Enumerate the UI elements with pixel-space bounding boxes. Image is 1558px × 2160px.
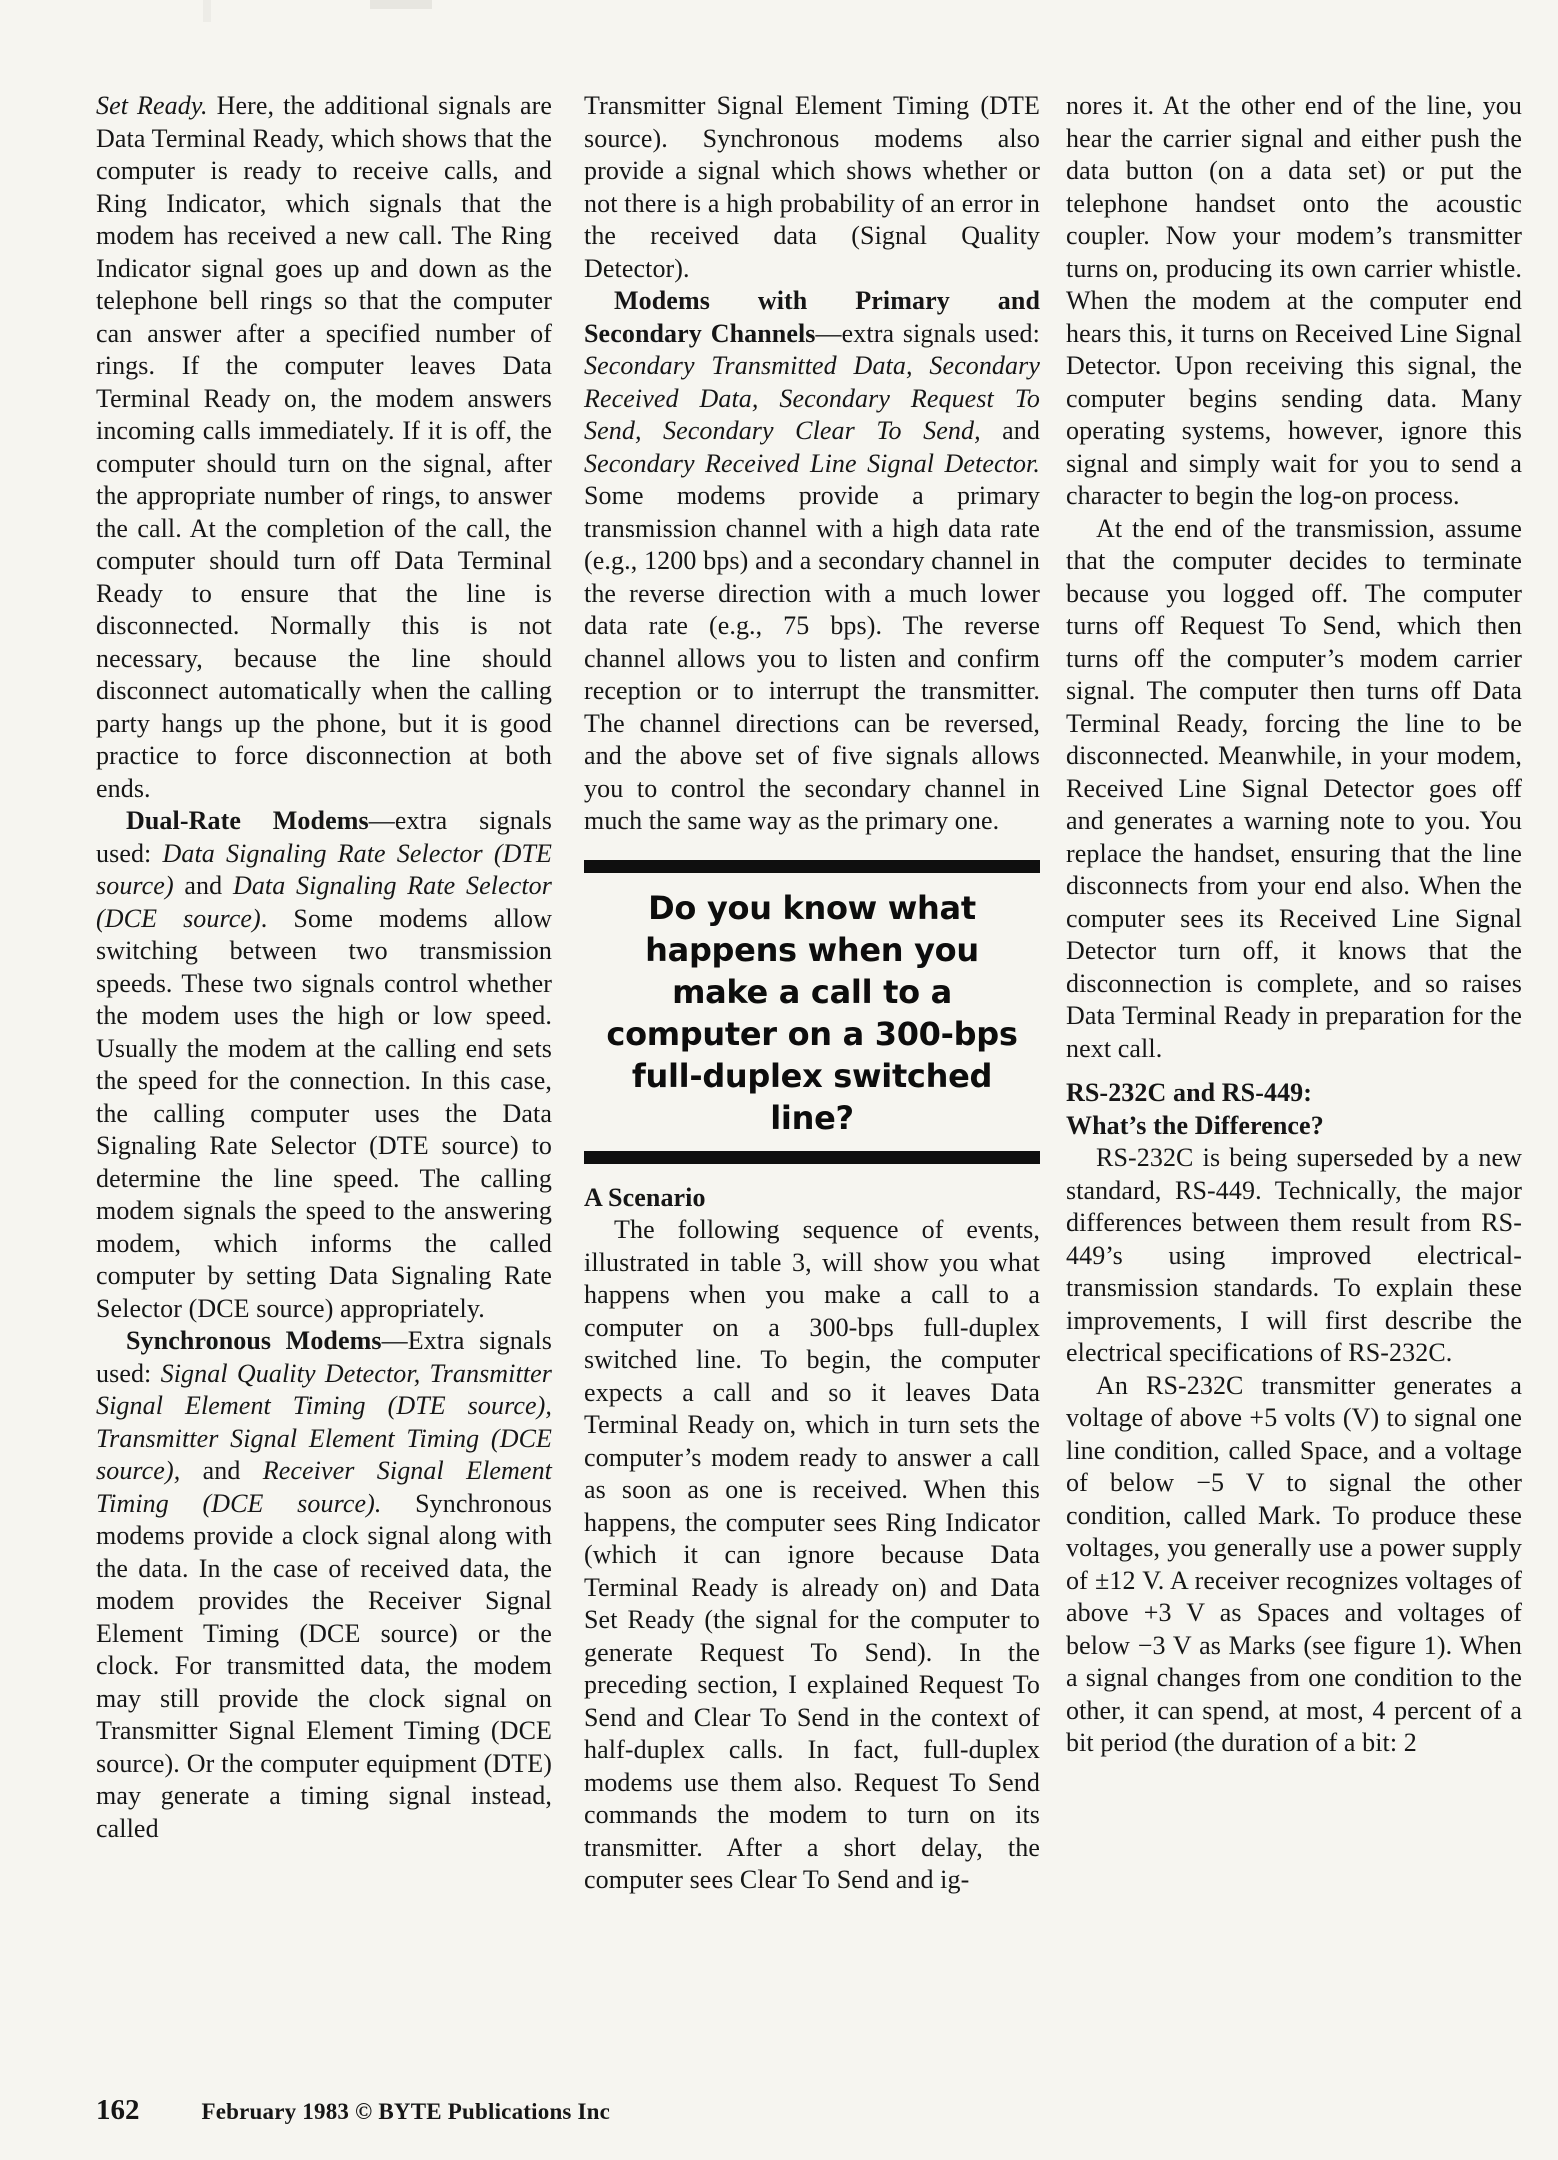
body-paragraph: RS-232C is being superseded by a new sta… bbox=[1066, 1142, 1522, 1370]
body-paragraph: nores it. At the other end of the line, … bbox=[1066, 90, 1522, 513]
body-paragraph: Set Ready. Here, the additional signals … bbox=[96, 90, 552, 805]
bold-run-in-heading: Synchronous Modems bbox=[126, 1326, 382, 1355]
pull-quote-bottom-rule bbox=[584, 1151, 1040, 1164]
text-run: Some modems provide a primary transmissi… bbox=[584, 481, 1040, 835]
section-heading-line: RS-232C and RS-449: bbox=[1066, 1077, 1522, 1110]
text-run: and bbox=[203, 1456, 263, 1485]
body-paragraph: An RS-232C transmitter generates a volta… bbox=[1066, 1370, 1522, 1760]
pull-quote-text: Do you know whathappens when youmake a c… bbox=[584, 873, 1040, 1151]
pull-quote-line: Do you know what bbox=[586, 887, 1038, 929]
pull-quote-line: happens when you bbox=[586, 929, 1038, 971]
section-heading: A Scenario bbox=[584, 1182, 1040, 1215]
pull-quote-line: line? bbox=[586, 1097, 1038, 1139]
text-run: —extra signals used: bbox=[816, 319, 1040, 348]
magazine-page: Set Ready. Here, the additional signals … bbox=[0, 0, 1558, 2160]
text-column-right: nores it. At the other end of the line, … bbox=[1066, 90, 1522, 1760]
page-footer: 162 February 1983 © BYTE Publications In… bbox=[96, 2094, 610, 2127]
text-run: and bbox=[174, 871, 233, 900]
body-paragraph: Synchronous Modems—Extra signals used: S… bbox=[96, 1325, 552, 1845]
italic-text-run: Secondary Transmitted Data, Secondary Re… bbox=[584, 351, 1040, 445]
text-run: . Some modems allow switching between tw… bbox=[96, 904, 552, 1323]
pull-quote-line: full-duplex switched bbox=[586, 1055, 1038, 1097]
text-run: Transmitter Signal Element Timing (DTE s… bbox=[584, 91, 1040, 283]
pull-quote-top-rule bbox=[584, 860, 1040, 873]
body-paragraph: Transmitter Signal Element Timing (DTE s… bbox=[584, 90, 1040, 285]
footer-credit: February 1983 © BYTE Publications Inc bbox=[202, 2099, 611, 2125]
section-heading-line: What’s the Difference? bbox=[1066, 1110, 1522, 1143]
scan-artifact bbox=[370, 0, 432, 9]
section-heading: RS-232C and RS-449:What’s the Difference… bbox=[1066, 1077, 1522, 1142]
body-paragraph: Dual-Rate Modems—extra signals used: Dat… bbox=[96, 805, 552, 1325]
text-run: An RS-232C transmitter generates a volta… bbox=[1066, 1371, 1522, 1758]
text-column-left: Set Ready. Here, the additional signals … bbox=[96, 90, 552, 1845]
italic-text-run: Secondary Received Line Signal Detector. bbox=[584, 449, 1040, 478]
scan-artifact bbox=[203, 0, 211, 22]
body-paragraph: At the end of the transmission, assume t… bbox=[1066, 513, 1522, 1066]
body-paragraph: Modems with Primary and Secondary Channe… bbox=[584, 285, 1040, 838]
text-column-middle: Transmitter Signal Element Timing (DTE s… bbox=[584, 90, 1040, 1897]
text-run: nores it. At the other end of the line, … bbox=[1066, 91, 1522, 510]
section-heading-line: A Scenario bbox=[584, 1182, 1040, 1215]
text-run: and bbox=[1002, 416, 1040, 445]
italic-text-run: Set Ready. bbox=[96, 91, 217, 120]
pull-quote-line: make a call to a bbox=[586, 971, 1038, 1013]
text-run: Here, the additional signals are Data Te… bbox=[96, 91, 552, 803]
pull-quote-box: Do you know whathappens when youmake a c… bbox=[584, 860, 1040, 1164]
body-paragraph: The following sequence of events, illust… bbox=[584, 1214, 1040, 1897]
bold-run-in-heading: Dual-Rate Modems bbox=[126, 806, 369, 835]
text-run: The following sequence of events, illust… bbox=[584, 1215, 1040, 1894]
text-run: Synchronous modems provide a clock signa… bbox=[96, 1489, 552, 1843]
text-run: At the end of the transmission, assume t… bbox=[1066, 514, 1522, 1063]
page-number: 162 bbox=[96, 2094, 140, 2127]
pull-quote-line: computer on a 300-bps bbox=[586, 1013, 1038, 1055]
text-run: RS-232C is being superseded by a new sta… bbox=[1066, 1143, 1522, 1367]
